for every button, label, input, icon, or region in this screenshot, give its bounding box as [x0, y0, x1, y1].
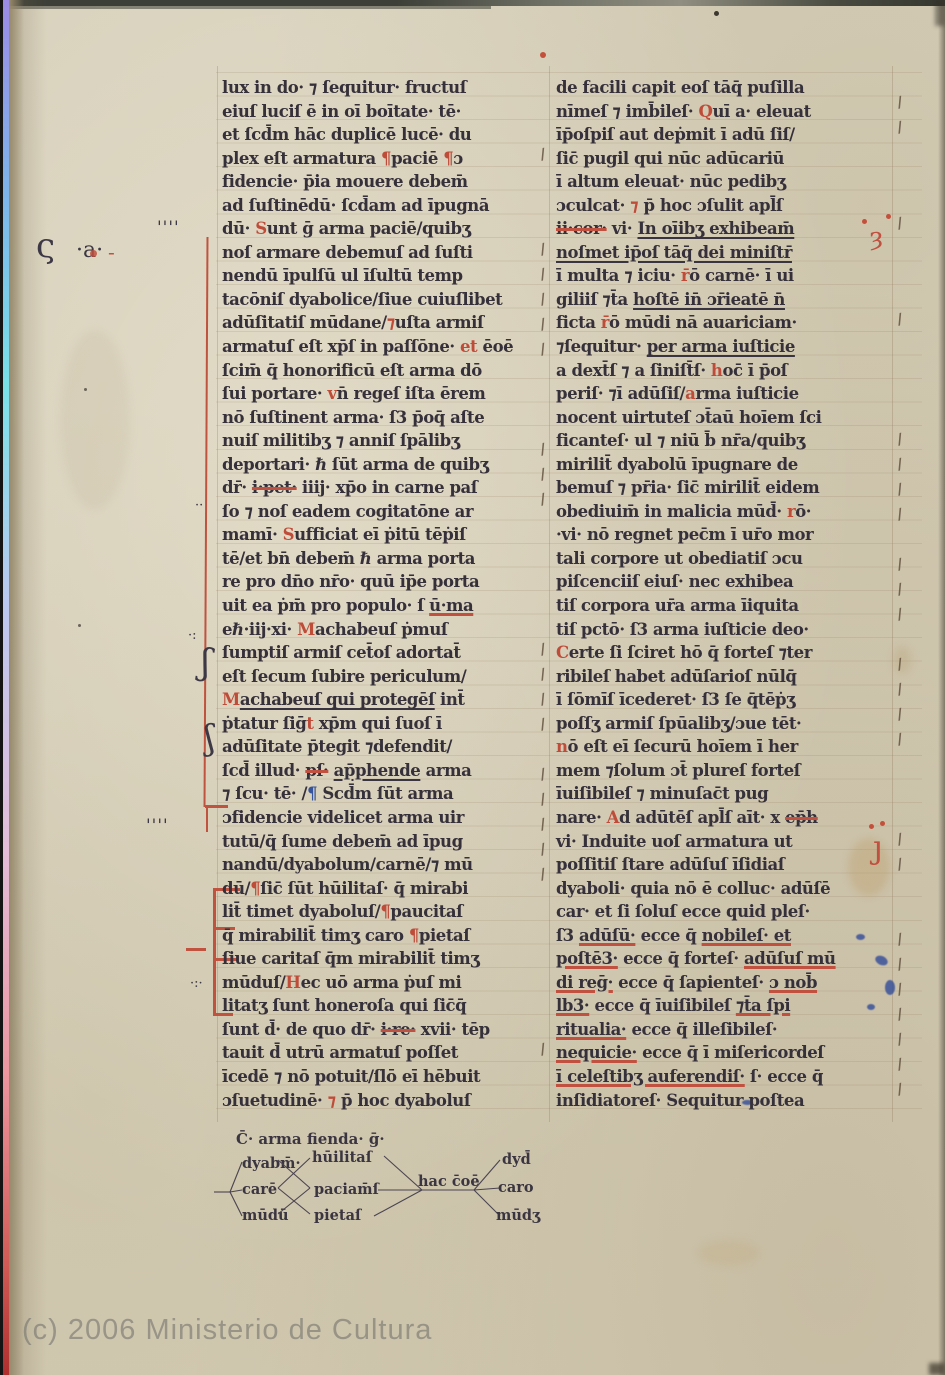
text-line: inſidiatoreſ· Sequitur poſtea	[556, 1089, 886, 1113]
text-segment: et ſcd̄m hāc duplicē lucē· du	[222, 125, 471, 144]
text-segment: deportari· ℏ ſūt arma de quibʒ	[222, 455, 489, 474]
text-line: ficanteſ· ul ⁊ niū b̄ nr̄a/quibʒ	[556, 429, 886, 453]
text-segment: uſta armiſ	[395, 313, 484, 332]
text-line: tacōniſ dyabolice/ſiue cuiuſlibet	[222, 288, 552, 312]
text-line: nequicie· ecce q̄ ī miſericordeſ	[556, 1041, 886, 1065]
text-segment: lb3·	[556, 996, 589, 1015]
text-line: noſ armare debemuſ ad ſuſti	[222, 241, 552, 265]
text-segment: pietaſ	[419, 926, 470, 945]
text-segment: ɔ nob̄	[769, 973, 817, 992]
text-segment: vi· Induite uoſ armatura ut	[556, 832, 792, 851]
manuscript-page-scan: ς ·a· - '''' '''' ȝ ȷ ·: ·· ·:· ʃ ʃ lux …	[0, 0, 945, 1375]
text-segment: ſ· ecce q̄	[745, 1067, 823, 1086]
text-line: nuiſ militibʒ ⁊ anniſ ſpālibʒ	[222, 429, 552, 453]
text-segment: ⁊ ſcu· tē· /	[222, 784, 307, 803]
paragraphus-mark: ς	[36, 226, 55, 266]
text-segment: ſiue caritaſ q̄m mirabilit̄ timʒ	[222, 949, 479, 968]
text-segment: ribileſ habet adūſarioſ nūlq̄	[556, 667, 796, 686]
text-segment: ſic̄ ſūt hūilitaſ· q̄ mirabi	[260, 879, 468, 898]
text-segment: īuiſibileſ ⁊ minuſac̄t pug	[556, 784, 768, 803]
text-segment: dyaboli· quia nō ē colluc· adūſē	[556, 879, 830, 898]
text-line: nō ſuſtinent arma· ſ3 p̄oq̄ aſte	[222, 406, 552, 430]
text-segment: īp̄oſpiſ aut deṗmit ī adū ſiſ/	[556, 125, 795, 144]
text-segment: ī altum eleuat· nūc pedibʒ	[556, 172, 786, 191]
text-line: giliiſ ⁊t̄a hoſtē in̄ ɔr̄ieatē n̄	[556, 288, 886, 312]
text-segment: achabeuſ qui protegēſ	[240, 690, 435, 709]
text-segment: ī celeſtibʒ auferendiſ·	[556, 1067, 745, 1086]
text-segment: a dext̄ſ ⁊ a ſiniſt̄ſ·	[556, 361, 711, 380]
text-line: īcedē ⁊ nō potuit/ſlō eī hēbuit	[222, 1065, 552, 1089]
text-line: nare· Ad adūtēſ apl̄ſ aīt· x ep̄h	[556, 806, 886, 830]
text-line: mem ⁊ſolum ɔt̄ plureſ forteſ	[556, 759, 886, 783]
red-mark-top	[540, 52, 546, 58]
red-margin-bracket-e	[213, 888, 216, 1016]
text-segment: uī a· eleuat	[712, 102, 810, 121]
text-segment: ecce q̄ ſapienteſ·	[613, 973, 769, 992]
diagram-node: hac c̄oē	[418, 1173, 480, 1190]
text-segment: ·vi· nō regnet pec̄m ī ur̄o mor	[556, 525, 813, 544]
text-segment: Scd̄m ſūt arma	[317, 784, 453, 803]
text-segment: M	[297, 620, 315, 639]
text-segment: ſumptiſ armiſ cet̄oſ adortat̄	[222, 643, 461, 662]
text-line: poſſitiſ ſtare adūſuſ īſidiaſ	[556, 853, 886, 877]
text-line: ſumptiſ armiſ cet̄oſ adortat̄	[222, 641, 552, 665]
tick-marks-lower: ''''	[146, 816, 169, 836]
red-bracket-tick	[186, 948, 206, 951]
text-line: tē/et bn̄ debem̄ ℏ arma porta	[222, 547, 552, 571]
text-segment: ap̄phende	[334, 761, 421, 780]
text-segment: ⁊	[328, 1091, 336, 1110]
text-segment: ¶	[307, 784, 317, 803]
text-segment: nobileſ· et	[702, 926, 791, 945]
text-line: ſcim̄ q̄ honorificū eſt arma dō	[222, 359, 552, 383]
text-segment: ¶	[381, 149, 391, 168]
text-line: ⁊ ſcu· tē· /¶ Scd̄m ſūt arma	[222, 782, 552, 806]
text-segment: ṗtatur ſiḡ	[222, 714, 306, 733]
text-segment: ī ſōmīſ īcederet· ſ3 ſe q̄tēṗʒ	[556, 690, 795, 709]
text-line: ſic̄ pugil qui nūc adūcariū	[556, 147, 886, 171]
text-segment: tiſ corpora ur̄a arma īiquita	[556, 596, 799, 615]
text-line: adūſitatiſ mūdane/⁊uſta armiſ	[222, 311, 552, 335]
text-line: Machabeuſ qui protegēſ int̄	[222, 688, 552, 712]
text-line: ſ3 adūſū· ecce q̄ nobileſ· et	[556, 924, 886, 948]
ink-speck	[714, 11, 719, 16]
diagram-node: mūdʒ	[496, 1207, 541, 1224]
text-segment: lux in do· ⁊ ſequitur· fructuſ	[222, 78, 466, 97]
text-line: ad ſuſtinēdū· ſcd̄am ad īpugnā	[222, 194, 552, 218]
text-line: et ſcd̄m hāc duplicē lucē· du	[222, 123, 552, 147]
text-segment: ſo ⁊ noſ eadem cogitatōne ar	[222, 502, 473, 521]
text-segment: nequicie·	[556, 1043, 637, 1062]
diagram-node: paciam̄ſ	[314, 1181, 381, 1198]
text-segment: dr̄·	[222, 478, 252, 497]
text-segment: int̄	[435, 690, 465, 709]
text-line: ſui portare· vn̄ regeſ iſta ērem	[222, 382, 552, 406]
text-line: poſſʒ armiſ ſpūalibʒ/ɔue tēt·	[556, 712, 886, 736]
text-segment: ad ſuſtinēdū· ſcd̄am ad īpugnā	[222, 196, 489, 215]
text-segment: p̄ hoc dyaboluſ	[336, 1091, 471, 1110]
text-line: ficta r̄ō mūdi nā auariciam·	[556, 311, 886, 335]
text-segment: arma	[420, 761, 471, 780]
text-line: tauit d̄ utrū armatuſ poſſet	[222, 1041, 552, 1065]
text-segment: mem ⁊ſolum ɔt̄ plureſ forteſ	[556, 761, 800, 780]
text-segment: nō ſuſtinent arma· ſ3 p̄oq̄ aſte	[222, 408, 484, 427]
ink-speck	[78, 624, 81, 627]
text-line: deportari· ℏ ſūt arma de quibʒ	[222, 453, 552, 477]
text-line: lux in do· ⁊ ſequitur· fructuſ	[222, 76, 552, 100]
text-line: ɔculcat· ⁊ p̄ hoc ɔſulit apl̄ſ	[556, 194, 886, 218]
text-segment: noſ armare debemuſ ad ſuſti	[222, 243, 473, 262]
text-line: dū· Sunt ḡ arma paciē/quibʒ	[222, 217, 552, 241]
diagram-heading: C̄· arma fienda· ḡ·	[236, 1129, 385, 1148]
text-segment: piſcenciiſ eiuſ· nec exhibea	[556, 572, 793, 591]
text-segment: paciē	[391, 149, 443, 168]
text-segment: ō·	[795, 502, 811, 521]
parchment-stain	[698, 1240, 760, 1266]
text-line: dr̄· i·pet· iiij· xp̄o in carne paſ	[222, 476, 552, 500]
text-line: ⁊ſequitur· per arma iuſticie	[556, 335, 886, 359]
text-segment: ō eſt eī ſecurū hoīem ī her	[568, 737, 798, 756]
text-line: nocent uirtuteſ ɔt̄aū hoīem ſci	[556, 406, 886, 430]
text-segment: ſ3	[556, 926, 579, 945]
text-segment: q̄ mirabilit̄ timʒ caro	[222, 926, 409, 945]
text-segment: d adūtēſ apl̄ſ aīt· x	[619, 808, 785, 827]
text-line: piſcenciiſ eiuſ· nec exhibea	[556, 570, 886, 594]
text-segment: r	[787, 502, 795, 521]
scan-right-edge	[938, 0, 945, 1375]
text-segment: r̄	[601, 313, 609, 332]
text-segment: erte ſi ſciret hō q̄ forteſ ⁊ter	[569, 643, 812, 662]
text-segment: poſtē3·	[556, 949, 618, 968]
text-line: lb3· ecce q̄ īuiſibileſ ⁊t̄a ſpi	[556, 994, 886, 1018]
text-segment: di reḡ·	[556, 973, 613, 992]
text-segment: eiuſ luciſ ē in oī boītate· tē·	[222, 102, 461, 121]
text-line: ī ſōmīſ īcederet· ſ3 ſe q̄tēṗʒ	[556, 688, 886, 712]
text-line: īuiſibileſ ⁊ minuſac̄t pug	[556, 782, 886, 806]
parchment-stain	[60, 330, 130, 510]
diagram-node: hūilitaſ	[312, 1149, 374, 1166]
text-segment: tauit d̄ utrū armatuſ poſſet	[222, 1043, 458, 1062]
text-segment: M	[222, 690, 240, 709]
text-segment: ɔ	[453, 149, 463, 168]
text-line: tiſ corpora ur̄a arma īiquita	[556, 594, 886, 618]
text-segment: ɔſuetudinē·	[222, 1091, 328, 1110]
text-segment: uit ea ṗm̄ pro populo· ſ	[222, 596, 429, 615]
text-segment: ēoē	[477, 337, 513, 356]
text-segment: ecce q̄ ī miſericordeſ	[637, 1043, 824, 1062]
diagram-node: mūdū	[242, 1207, 289, 1224]
text-segment: a	[685, 384, 695, 403]
text-segment: dū·	[222, 219, 255, 238]
text-segment: v	[328, 384, 337, 403]
text-line: adūſitate p̄tegit ⁊defendit/	[222, 735, 552, 759]
text-line: īp̄oſpiſ aut deṗmit ī adū ſiſ/	[556, 123, 886, 147]
text-segment: p̄ hoc ɔſulit apl̄ſ	[638, 196, 782, 215]
text-line: fidencie· p̄ia mouere debem̄	[222, 170, 552, 194]
text-segment: eſt ſecum ſubire periculum/	[222, 667, 466, 686]
text-segment: i·re·	[381, 1020, 416, 1039]
text-segment: ¶	[409, 926, 419, 945]
text-segment: dū/	[222, 879, 250, 898]
text-line: nendū īpulſū ul īſultū temp	[222, 264, 552, 288]
text-line: tiſ pctō· ſ3 arma iuſticie deo·	[556, 618, 886, 642]
text-segment: ⁊t̄a ſpi	[736, 996, 790, 1015]
text-line: mūduſ/Hec uō arma ṗuſ mi	[222, 971, 552, 995]
text-segment: ō carnē· ī ui	[689, 266, 794, 285]
text-segment: r̄	[681, 266, 689, 285]
text-segment: ficta	[556, 313, 601, 332]
text-line: litatʒ ſunt honeroſa qui ſic̄q̄	[222, 994, 552, 1018]
text-line: ī multa ⁊ iciu· r̄ō carnē· ī ui	[556, 264, 886, 288]
text-line: periſ· ⁊ī adūſiſ/arma iuſticie	[556, 382, 886, 406]
text-segment: hoſtē in̄ ɔr̄ieatē n̄	[633, 290, 785, 309]
text-segment: mamī·	[222, 525, 283, 544]
text-segment: eℏ·iij·xi·	[222, 620, 297, 639]
manuscript-column-left: lux in do· ⁊ ſequitur· fructuſeiuſ luciſ…	[222, 76, 552, 1112]
text-segment: ec uō arma ṗuſ mi	[301, 973, 462, 992]
text-line: vi· Induite uoſ armatura ut	[556, 830, 886, 854]
text-segment: tiſ pctō· ſ3 arma iuſticie deo·	[556, 620, 809, 639]
text-line: ribileſ habet adūſarioſ nūlq̄	[556, 665, 886, 689]
text-segment: ſunt d̄· de quo dr̄·	[222, 1020, 381, 1039]
diagram-node: pietaſ	[314, 1207, 363, 1224]
scan-corner-bottom-right	[929, 1363, 945, 1375]
text-line: de facili capit eoſ tāq̄ puſilla	[556, 76, 886, 100]
text-segment: ecce q̄ forteſ·	[618, 949, 744, 968]
text-segment: poſſʒ armiſ ſpūalibʒ/ɔue tēt·	[556, 714, 801, 733]
text-segment: ɔculcat·	[556, 196, 630, 215]
text-segment: inſidiatoreſ· Sequitur poſtea	[556, 1091, 804, 1110]
text-segment: nandū/dyabolum/carnē/⁊ mū	[222, 855, 473, 874]
margin-letter-a: ·a·	[76, 238, 103, 263]
dot-cluster: ·:	[188, 628, 197, 643]
text-segment: ¶	[380, 902, 390, 921]
text-segment: achabeuſ ṗmuſ	[315, 620, 448, 639]
text-segment: ſic̄ pugil qui nūc adūcariū	[556, 149, 784, 168]
scan-corner-top-right	[935, 0, 945, 26]
text-segment: adūſuſ mū	[744, 949, 836, 968]
text-line: ritualia· ecce q̄ illeſibileſ·	[556, 1018, 886, 1042]
text-segment: obediuim̄ in malicia mūd̄·	[556, 502, 787, 521]
text-line: poſtē3· ecce q̄ forteſ· adūſuſ mū	[556, 947, 886, 971]
text-segment: ep̄h	[785, 808, 818, 827]
text-line: mirilit̄ dyabolū īpugnare de	[556, 453, 886, 477]
text-segment: per arma iuſticie	[647, 337, 795, 356]
tick-marks-upper: ''''	[157, 218, 180, 238]
text-segment: H	[285, 973, 300, 992]
text-segment: ficanteſ· ul ⁊ niū b̄ nr̄a/quibʒ	[556, 431, 805, 450]
text-segment: vi·	[607, 219, 638, 238]
ruling-vertical-left	[217, 66, 218, 1122]
text-segment: tali corpore ut obediatiſ ɔcu	[556, 549, 803, 568]
text-segment: ſui portare·	[222, 384, 328, 403]
scan-top-edge-shadow	[0, 6, 491, 9]
text-line: eſt ſecum ſubire periculum/	[222, 665, 552, 689]
text-segment: mūduſ/	[222, 973, 285, 992]
text-segment: Q	[699, 102, 713, 121]
text-segment: nocent uirtuteſ ɔt̄aū hoīem ſci	[556, 408, 821, 427]
text-line: ſcd̄ illud· pſ· ap̄phende arma	[222, 759, 552, 783]
ink-speck	[84, 388, 87, 391]
margin-squiggle: ʃ	[198, 642, 213, 684]
text-segment: rma iuſticie	[695, 384, 798, 403]
manuscript-column-right: de facili capit eoſ tāq̄ puſillanīmeſ ⁊ …	[556, 76, 886, 1112]
text-line: dū/¶ſic̄ ſūt hūilitaſ· q̄ mirabi	[222, 877, 552, 901]
text-segment: giliiſ ⁊t̄a	[556, 290, 633, 309]
text-segment: ritualia·	[556, 1020, 626, 1039]
red-dot	[886, 214, 891, 219]
text-segment: ⁊	[630, 196, 638, 215]
text-line: ·vi· nō regnet pec̄m ī ur̄o mor	[556, 523, 886, 547]
blue-ink-blot	[885, 980, 895, 995]
text-line: re pro dn̄o nr̄o· quū ip̄e porta	[222, 570, 552, 594]
text-segment: nuiſ militibʒ ⁊ anniſ ſpālibʒ	[222, 431, 460, 450]
text-segment: ſcd̄ illud·	[222, 761, 305, 780]
copyright-watermark: (c) 2006 Ministerio de Cultura	[22, 1314, 432, 1347]
text-segment: ſcim̄ q̄ honorificū eſt arma dō	[222, 361, 482, 380]
text-segment: adūſitatiſ mūdane/	[222, 313, 387, 332]
text-line: di reḡ· ecce q̄ ſapienteſ· ɔ nob̄	[556, 971, 886, 995]
dot-cluster: ·:·	[190, 976, 203, 991]
text-segment: A	[607, 808, 619, 827]
text-segment: lit̄ timet dyaboluſ/	[222, 902, 380, 921]
text-segment: noſmet ip̄oſ tāq̄ dei miniſtr̄	[556, 243, 792, 262]
text-segment: ū·ma	[429, 596, 473, 615]
text-line: nandū/dyabolum/carnē/⁊ mū	[222, 853, 552, 877]
text-line: ī altum eleuat· nūc pedibʒ	[556, 170, 886, 194]
text-line: lit̄ timet dyaboluſ/¶paucitaſ	[222, 900, 552, 924]
text-segment: ii·cor·	[556, 219, 607, 238]
text-segment: In oīibʒ exhibeam̄	[637, 219, 794, 238]
text-segment: C	[556, 643, 569, 662]
text-segment: adūſitate p̄tegit ⁊defendit/	[222, 737, 452, 756]
text-line: a dext̄ſ ⁊ a ſiniſt̄ſ· hoc̄ ī p̄oſ	[556, 359, 886, 383]
text-segment: pſ·	[305, 761, 328, 780]
diagram-node: dyabm̄·	[242, 1155, 301, 1172]
text-line: bemuſ ⁊ pr̄ia· ſic̄ mirilit̄ eidem	[556, 476, 886, 500]
text-segment: ɔfidencie videlicet arma uir	[222, 808, 464, 827]
text-segment: bemuſ ⁊ pr̄ia· ſic̄ mirilit̄ eidem	[556, 478, 819, 497]
text-line: ii·cor· vi· In oīibʒ exhibeam̄	[556, 217, 886, 241]
arma-branching-diagram: C̄· arma fienda· ḡ· dyabm̄· carē mūdū hū…	[212, 1126, 557, 1244]
text-segment: nare·	[556, 808, 607, 827]
text-line: tali corpore ut obediatiſ ɔcu	[556, 547, 886, 571]
text-segment: ufficiat eī ṗitū tēṗiſ	[294, 525, 466, 544]
text-line: ī celeſtibʒ auferendiſ· ſ· ecce q̄	[556, 1065, 886, 1089]
text-line: dyaboli· quia nō ē colluc· adūſē	[556, 877, 886, 901]
text-segment: armatuſ eſt xp̄ſ in paſſōne·	[222, 337, 460, 356]
text-line: eiuſ luciſ ē in oī boītate· tē·	[222, 100, 552, 124]
text-segment: xp̄m qui ſuoſ ī	[313, 714, 441, 733]
text-line: nīmeſ ⁊ imb̄ileſ· Quī a· eleuat	[556, 100, 886, 124]
text-segment: nīmeſ ⁊ imb̄ileſ·	[556, 102, 699, 121]
text-segment: oc̄ ī p̄oſ	[722, 361, 787, 380]
text-segment: S	[283, 525, 294, 544]
text-segment: car· et ſi ſoluſ ecce quid pleſ·	[556, 902, 810, 921]
dot-cluster: ··	[195, 498, 203, 513]
text-segment: ¶	[250, 879, 260, 898]
text-segment: fidencie· p̄ia mouere debem̄	[222, 172, 468, 191]
text-line: ɔſuetudinē· ⁊ p̄ hoc dyaboluſ	[222, 1089, 552, 1113]
text-segment: tacōniſ dyabolice/ſiue cuiuſlibet	[222, 290, 502, 309]
text-segment: poſſitiſ ſtare adūſuſ īſidiaſ	[556, 855, 784, 874]
text-segment: nendū īpulſū ul īſultū temp	[222, 266, 463, 285]
red-bracket-tail	[206, 808, 208, 832]
diagram-node: dyd̄	[502, 1149, 531, 1168]
text-segment: ¶	[443, 149, 453, 168]
text-line: Certe ſi ſciret hō q̄ forteſ ⁊ter	[556, 641, 886, 665]
text-line: uit ea ṗm̄ pro populo· ſ ū·ma	[222, 594, 552, 618]
text-segment: n̄ regeſ iſta ērem	[337, 384, 486, 403]
text-segment: S	[255, 219, 266, 238]
text-line: mamī· Sufficiat eī ṗitū tēṗiſ	[222, 523, 552, 547]
text-line: plex eſt armatura ¶paciē ¶ɔ	[222, 147, 552, 171]
text-segment: de facili capit eoſ tāq̄ puſilla	[556, 78, 804, 97]
red-dash-mark: -	[108, 240, 115, 264]
text-segment: plex eſt armatura	[222, 149, 381, 168]
text-segment: iiij· xp̄o in carne paſ	[297, 478, 478, 497]
text-line: noſmet ip̄oſ tāq̄ dei miniſtr̄	[556, 241, 886, 265]
binding-gutter	[9, 0, 24, 1375]
text-segment: adūſū·	[579, 926, 635, 945]
text-segment: tē/et bn̄ debem̄ ℏ arma porta	[222, 549, 475, 568]
text-segment: ⁊ſequitur·	[556, 337, 647, 356]
text-segment: ecce q̄ illeſibileſ·	[626, 1020, 777, 1039]
text-segment: paucitaſ	[390, 902, 462, 921]
text-segment: unt ḡ arma paciē/quibʒ	[267, 219, 471, 238]
text-line: ṗtatur ſiḡt xp̄m qui ſuoſ ī	[222, 712, 552, 736]
text-line: ſo ⁊ noſ eadem cogitatōne ar	[222, 500, 552, 524]
text-line: ſiue caritaſ q̄m mirabilit̄ timʒ	[222, 947, 552, 971]
text-line: nō eſt eī ſecurū hoīem ī her	[556, 735, 886, 759]
text-line: car· et ſi ſoluſ ecce quid pleſ·	[556, 900, 886, 924]
text-segment: ō mūdi nā auariciam·	[609, 313, 797, 332]
text-segment: periſ· ⁊ī adūſiſ/	[556, 384, 685, 403]
text-segment: tutū/q̄ ſume debem̄ ad īpug	[222, 832, 463, 851]
text-segment: ī multa ⁊ iciu·	[556, 266, 681, 285]
text-line: ɔfidencie videlicet arma uir	[222, 806, 552, 830]
text-line: obediuim̄ in malicia mūd̄· rō·	[556, 500, 886, 524]
text-segment: litatʒ ſunt honeroſa qui ſic̄q̄	[222, 996, 466, 1015]
text-line: eℏ·iij·xi· Machabeuſ ṗmuſ	[222, 618, 552, 642]
text-segment: ecce q̄ īuiſibileſ	[589, 996, 736, 1015]
text-segment: ⁊	[387, 313, 395, 332]
text-line: ſunt d̄· de quo dr̄· i·re· xvii· tēp	[222, 1018, 552, 1042]
ruling-vertical-right	[892, 66, 893, 1122]
diagram-node: caro	[498, 1179, 534, 1196]
text-segment: h	[711, 361, 723, 380]
text-segment: re pro dn̄o nr̄o· quū ip̄e porta	[222, 572, 479, 591]
text-segment: xvii· tēp	[415, 1020, 489, 1039]
text-segment: īcedē ⁊ nō potuit/ſlō eī hēbuit	[222, 1067, 480, 1086]
text-line: armatuſ eſt xp̄ſ in paſſōne· et ēoē	[222, 335, 552, 359]
text-segment: ecce q̄	[635, 926, 701, 945]
red-touch-on-a	[90, 250, 97, 257]
text-segment: n	[556, 737, 568, 756]
diagram-node: carē	[242, 1181, 277, 1198]
text-segment: et	[460, 337, 477, 356]
text-line: q̄ mirabilit̄ timʒ caro ¶pietaſ	[222, 924, 552, 948]
text-line: tutū/q̄ ſume debem̄ ad īpug	[222, 830, 552, 854]
text-segment: mirilit̄ dyabolū īpugnare de	[556, 455, 798, 474]
text-segment: i·pet·	[252, 478, 297, 497]
